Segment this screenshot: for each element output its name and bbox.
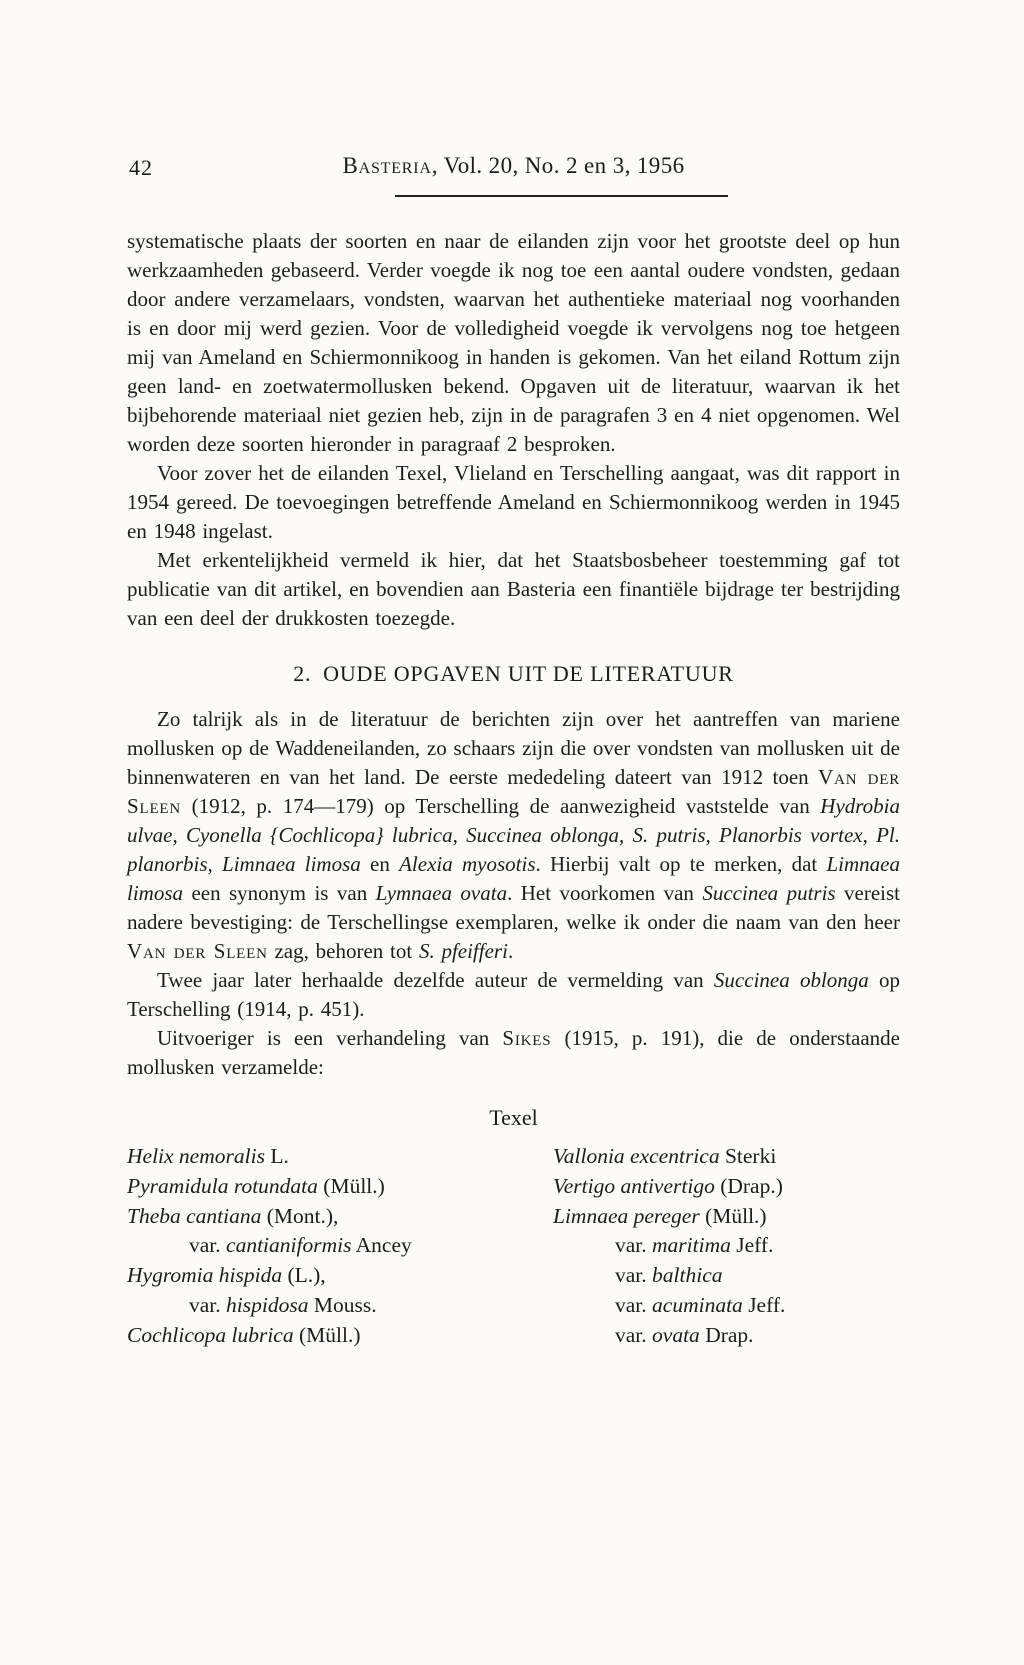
italic-taxon-text: Helix nemoralis [127,1144,265,1168]
page-number: 42 [129,155,153,181]
body-text-run: var. [615,1263,652,1287]
italic-taxon-text: Lymnaea ovata [376,881,507,905]
species-entry: Theba cantiana (Mont.), [127,1202,553,1232]
body-text-run: Ancey [351,1233,411,1257]
paragraph-intro: systematische plaats der soorten en naar… [127,227,900,459]
body-text-run: . [508,939,513,963]
species-entry: Pyramidula rotundata (Müll.) [127,1172,553,1202]
species-entry: Cochlicopa lubrica (Müll.) [127,1321,553,1351]
paragraph-sikes: Uitvoeriger is een verhandeling van Sike… [127,1024,900,1082]
body-text-run: . Het voorkomen van [507,881,702,905]
body-text-run: (Mont.), [261,1204,338,1228]
body-text-run: en [361,852,399,876]
journal-page: 42 Basteria, Vol. 20, No. 2 en 3, 1956 s… [0,0,1024,1665]
article-body: systematische plaats der soorten en naar… [127,227,900,1351]
italic-taxon-text: Succinea oblonga [714,968,869,992]
species-entry: Helix nemoralis L. [127,1142,553,1172]
small-caps-author-text: Sikes [502,1026,551,1050]
body-text-run: (1912, p. 174—179) op Terschelling de aa… [181,794,820,818]
body-text-run: systematische plaats der soorten en naar… [127,229,900,456]
island-heading: Texel [127,1103,900,1133]
species-column-right: Vallonia excentrica Sterki Vertigo antiv… [553,1142,900,1351]
italic-taxon-text: Vallonia excentrica [553,1144,720,1168]
body-text-run: Zo talrijk als in de literatuur de beric… [127,707,900,789]
journal-title: Basteria, Vol. 20, No. 2 en 3, 1956 [127,153,900,179]
body-text-run: (Müll.) [294,1323,361,1347]
italic-taxon-text: Limnaea pereger [553,1204,700,1228]
italic-taxon-text: Succinea putris [702,881,835,905]
body-text-run: L. [265,1144,289,1168]
body-text-run: (Müll.) [318,1174,385,1198]
body-text-run: (Drap.) [715,1174,783,1198]
italic-taxon-text: hispidosa [226,1293,308,1317]
body-text-run: een synonym is van [183,881,376,905]
species-entry: var. maritima Jeff. [553,1231,900,1261]
italic-taxon-text: Alexia myosotis [399,852,535,876]
italic-taxon-text: Theba cantiana [127,1204,261,1228]
species-entry: var. balthica [553,1261,900,1291]
species-entry: var. acuminata Jeff. [553,1291,900,1321]
paragraph-acknowledgement: Met erkentelijkheid vermeld ik hier, dat… [127,546,900,633]
page-header: 42 Basteria, Vol. 20, No. 2 en 3, 1956 [127,153,900,203]
body-text-run: Mouss. [308,1293,376,1317]
species-entry: Vertigo antivertigo (Drap.) [553,1172,900,1202]
body-text-run: (L.), [282,1263,326,1287]
species-entry: var. hispidosa Mouss. [127,1291,553,1321]
italic-taxon-text: S. pfeifferi [419,939,508,963]
paragraph-report-dates: Voor zover het de eilanden Texel, Vliela… [127,459,900,546]
paragraph-succinea: Twee jaar later herhaalde dezelfde auteu… [127,966,900,1024]
italic-taxon-text: ovata [652,1323,700,1347]
body-text-run: var. [189,1233,226,1257]
paragraph-literature: Zo talrijk als in de literatuur de beric… [127,705,900,966]
italic-taxon-text: Pyramidula rotundata [127,1174,318,1198]
body-text-run: var. [615,1233,652,1257]
small-caps-author-text: Basteria [342,153,431,178]
body-text-run: (Müll.) [700,1204,767,1228]
species-entry: var. cantianiformis Ancey [127,1231,553,1261]
italic-taxon-text: balthica [652,1263,722,1287]
italic-taxon-text: maritima [652,1233,731,1257]
body-text-run: zag, behoren tot [268,939,419,963]
body-text-run: Voor zover het de eilanden Texel, Vliela… [127,461,900,543]
body-text-run: var. [189,1293,226,1317]
body-text-run: Jeff. [731,1233,774,1257]
body-text-run: Uitvoeriger is een verhandeling van [157,1026,502,1050]
body-text-run: var. [615,1293,652,1317]
species-entry: var. ovata Drap. [553,1321,900,1351]
section-heading: 2. OUDE OPGAVEN UIT DE LITERATUUR [127,659,900,689]
italic-taxon-text: acuminata [652,1293,743,1317]
species-entry: Hygromia hispida (L.), [127,1261,553,1291]
italic-taxon-text: cantianiformis [226,1233,351,1257]
body-text-run: var. [615,1323,652,1347]
species-table: Helix nemoralis L. Pyramidula rotundata … [127,1142,900,1351]
italic-taxon-text: Cochlicopa lubrica [127,1323,294,1347]
header-rule [395,195,728,197]
body-text-run: Met erkentelijkheid vermeld ik hier, dat… [127,548,900,630]
small-caps-author-text: Van der Sleen [127,939,268,963]
species-column-left: Helix nemoralis L. Pyramidula rotundata … [127,1142,553,1351]
italic-taxon-text: Vertigo antivertigo [553,1174,715,1198]
body-text-run: . Hierbij valt op te merken, dat [536,852,827,876]
species-entry: Vallonia excentrica Sterki [553,1142,900,1172]
body-text-run: Drap. [700,1323,754,1347]
species-entry: Limnaea pereger (Müll.) [553,1202,900,1232]
body-text-run: Sterki [720,1144,777,1168]
body-text-run: Jeff. [743,1293,786,1317]
body-text-run: , Vol. 20, No. 2 en 3, 1956 [432,153,685,178]
body-text-run: Twee jaar later herhaalde dezelfde auteu… [157,968,714,992]
italic-taxon-text: Hygromia hispida [127,1263,282,1287]
